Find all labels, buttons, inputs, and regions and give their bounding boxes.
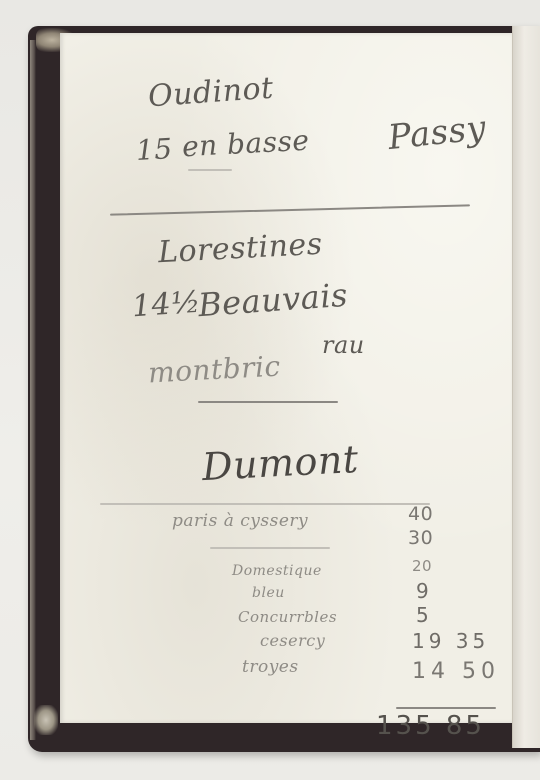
note-montbric: montbric [147,350,281,390]
ledger-amount: 40 [408,503,433,525]
cover-spine-edge [30,40,36,740]
ledger-rule [210,547,330,549]
ledger-amount: 20 [412,557,432,575]
note-lorestines: Lorestines [157,227,323,271]
facing-page-edge [512,26,540,748]
ledger-amount: 30 [408,527,433,549]
ledger-amount: 19 35 [412,629,489,653]
ledger-label: Domestique [232,563,322,579]
note-rau: rau [322,331,365,359]
ledger-amount: 14 50 [412,659,500,684]
note-number-14-half: 14½ [131,285,202,325]
note-number-15: 15 [135,132,173,167]
note-en-basse: en basse [181,124,310,164]
note-passy: Passy [386,108,488,158]
ledger-label: Concurrbles [238,608,337,626]
heading-dumont: Dumont [201,437,360,489]
ledger-top-rule [100,503,430,505]
ledger-amount: 9 [416,579,429,603]
ledger-amount: 5 [416,603,429,627]
ledger-total: 135 85 [376,711,485,741]
ledger-label: troyes [242,657,299,677]
total-rule [396,707,496,709]
section-divider-1 [110,204,470,215]
ledger-label: bleu [252,585,285,601]
note-oudinot: Oudinot [147,71,275,115]
section-divider-2 [198,401,338,403]
note-beauvais: Beauvais [197,276,349,324]
cover-wear-bottom [34,705,58,735]
notebook-page: Oudinot 15 en basse Passy Lorestines 14½… [60,33,512,723]
ledger-label: cesercy [260,631,325,650]
ledger-label: paris à cyssery [172,511,308,531]
underline-short [188,169,232,171]
